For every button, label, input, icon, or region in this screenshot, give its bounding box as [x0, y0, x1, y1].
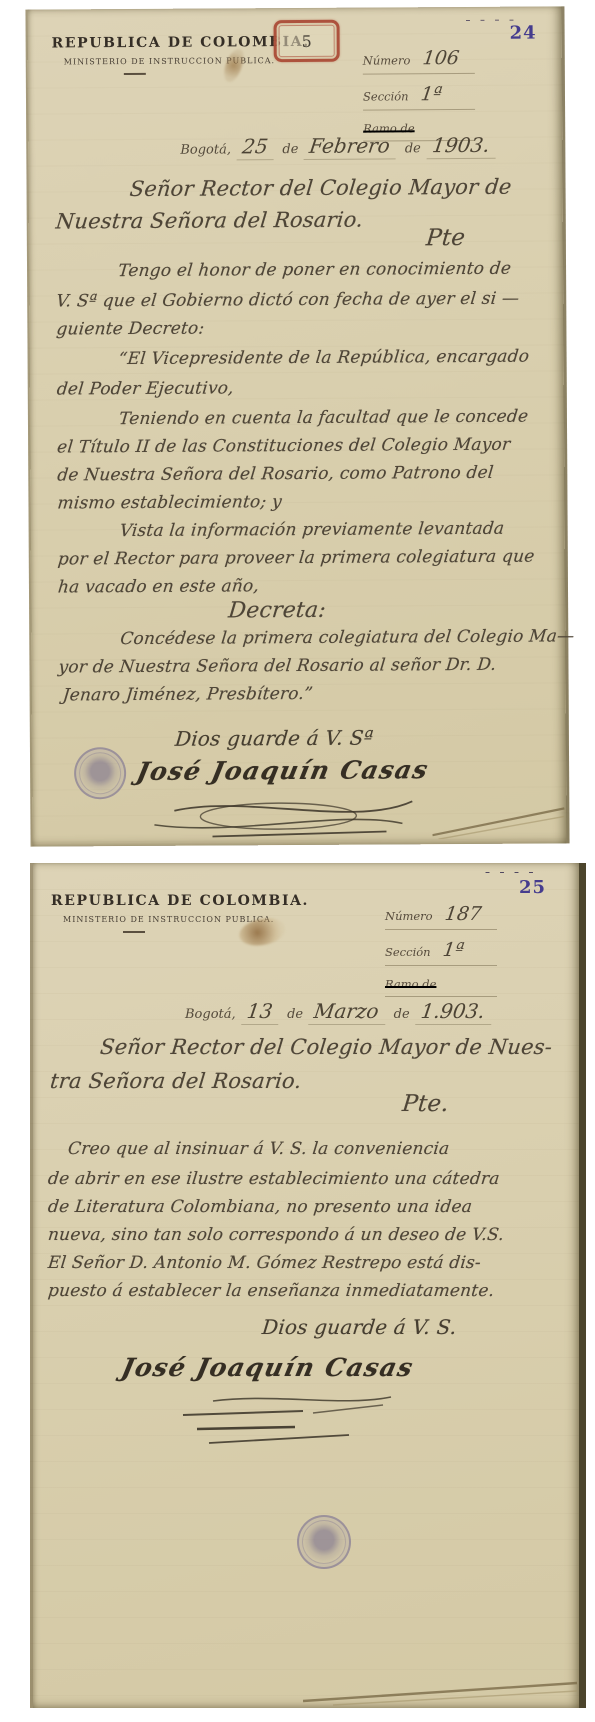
signature-flourish [153, 1393, 403, 1463]
manuscript-line: el Título II de las Constituciones del C… [56, 435, 511, 458]
form-row-seccion: Sección 1ª [385, 939, 497, 966]
dateline-de2: de [405, 141, 421, 156]
manuscript-line-decreta: Decreta: [227, 598, 327, 624]
seccion-label: Sección [385, 945, 431, 959]
seccion-value: 1ª [419, 83, 443, 105]
form-row-ramo: Ramo de [385, 973, 497, 997]
manuscript-line: Nuestra Señora del Rosario. [55, 208, 364, 234]
form-row-seccion: Sección 1ª [363, 83, 475, 111]
letterhead-divider [123, 931, 145, 933]
manuscript-line: del Poder Ejecutivo, [56, 378, 235, 399]
manuscript-line: El Señor D. Antonio M. Gómez Restrepo es… [47, 1253, 482, 1273]
numero-value: 187 [443, 903, 482, 925]
manuscript-line: Vista la información previamente levanta… [119, 519, 506, 541]
manuscript-line: guiente Decreto: [55, 319, 205, 340]
ramo-label: Ramo de [385, 977, 436, 991]
letterhead-country: REPUBLICA DE COLOMBIA. [52, 34, 310, 52]
folio-number: 24 [510, 23, 537, 44]
manuscript-line: V. Sª que el Gobierno dictó con fecha de… [55, 289, 520, 312]
manuscript-line: de abrir en ese ilustre establecimiento … [47, 1169, 501, 1189]
numero-label: Número [385, 909, 433, 923]
dateline-year: 1903. [426, 133, 499, 159]
seccion-value: 1ª [441, 939, 465, 961]
letterhead-country: REPUBLICA DE COLOMBIA. [51, 893, 309, 909]
manuscript-line: yor de Nuestra Señora del Rosario al señ… [58, 655, 498, 678]
form-row-numero: Número 106 [363, 47, 475, 75]
manuscript-line: Señor Rector del Colegio Mayor de Nues- [99, 1035, 553, 1059]
numero-label: Número [363, 53, 411, 67]
dateline-de2: de [394, 1007, 410, 1022]
dateline-de1: de [282, 142, 298, 157]
manuscript-page-1: REPUBLICA DE COLOMBIA. MINISTERIO DE INS… [25, 6, 569, 846]
signature-flourish [150, 793, 430, 847]
manuscript-line: mismo establecimiento; y [57, 492, 283, 513]
folio-number: 25 [519, 877, 546, 898]
manuscript-line: “El Vicepresidente de la República, enca… [118, 347, 531, 370]
official-seal-stamp [74, 747, 126, 799]
manuscript-line: Concédese la primera colegiatura del Col… [119, 626, 575, 649]
manuscript-line-pte: Pte. [401, 1091, 450, 1117]
red-number-stamp: 5 [274, 20, 340, 62]
numero-value: 106 [421, 47, 460, 69]
dateline: Bogotá, 25 de Febrero de 1903. [180, 133, 497, 161]
manuscript-line: Señor Rector del Colegio Mayor de [129, 175, 513, 201]
manuscript-line: de Literatura Colombiana, no presento un… [47, 1197, 473, 1217]
page-fold-line [432, 798, 566, 839]
seccion-label: Sección [363, 89, 409, 103]
manuscript-page-2: REPUBLICA DE COLOMBIA. MINISTERIO DE INS… [30, 863, 586, 1708]
manuscript-line: Teniendo en cuenta la facultad que le co… [118, 407, 529, 430]
manuscript-line: Tengo el honor de poner en conocimiento … [117, 259, 512, 281]
dateline-month: Marzo [308, 999, 388, 1025]
signature: José Joaquín Casas [134, 755, 431, 786]
letterhead-divider [124, 73, 146, 75]
dateline-day: 25 [236, 134, 277, 160]
ink-stain [221, 47, 247, 84]
manuscript-line: tra Señora del Rosario. [49, 1069, 303, 1093]
dateline-year: 1.903. [415, 999, 494, 1025]
red-stamp-number: 5 [301, 31, 311, 50]
manuscript-line: por el Rector para proveer la primera co… [57, 547, 536, 570]
closing-salutation: Dios guarde á V. S. [261, 1315, 458, 1339]
letterhead-ministry: MINISTERIO DE INSTRUCCION PUBLICA. [63, 915, 274, 924]
dateline-day: 13 [241, 999, 282, 1025]
form-row-numero: Número 187 [385, 903, 497, 930]
dateline-city: Bogotá, [180, 142, 231, 157]
manuscript-line: de Nuestra Señora del Rosario, como Patr… [56, 463, 494, 486]
dateline-city: Bogotá, [185, 1007, 236, 1022]
manuscript-line: puesto á establecer la enseñanza inmedia… [47, 1281, 495, 1301]
manuscript-line: ha vacado en este año, [57, 576, 260, 597]
closing-salutation: Dios guarde á V. Sª [174, 726, 375, 751]
corner-pen-marks: – – – – [485, 869, 536, 877]
dateline: Bogotá, 13 de Marzo de 1.903. [185, 999, 492, 1025]
official-seal-stamp [297, 1515, 351, 1569]
dateline-month: Febrero [304, 133, 400, 160]
page-fold-line [303, 1671, 579, 1707]
manuscript-line: nueva, sino tan solo correspondo á un de… [47, 1225, 505, 1245]
dateline-de1: de [287, 1007, 303, 1022]
signature: José Joaquín Casas [119, 1353, 417, 1382]
manuscript-line: Jenaro Jiménez, Presbítero.” [62, 684, 314, 706]
manuscript-line-pte: Pte [425, 225, 467, 251]
manuscript-line: Creo que al insinuar á V. S. la convenie… [67, 1139, 450, 1159]
